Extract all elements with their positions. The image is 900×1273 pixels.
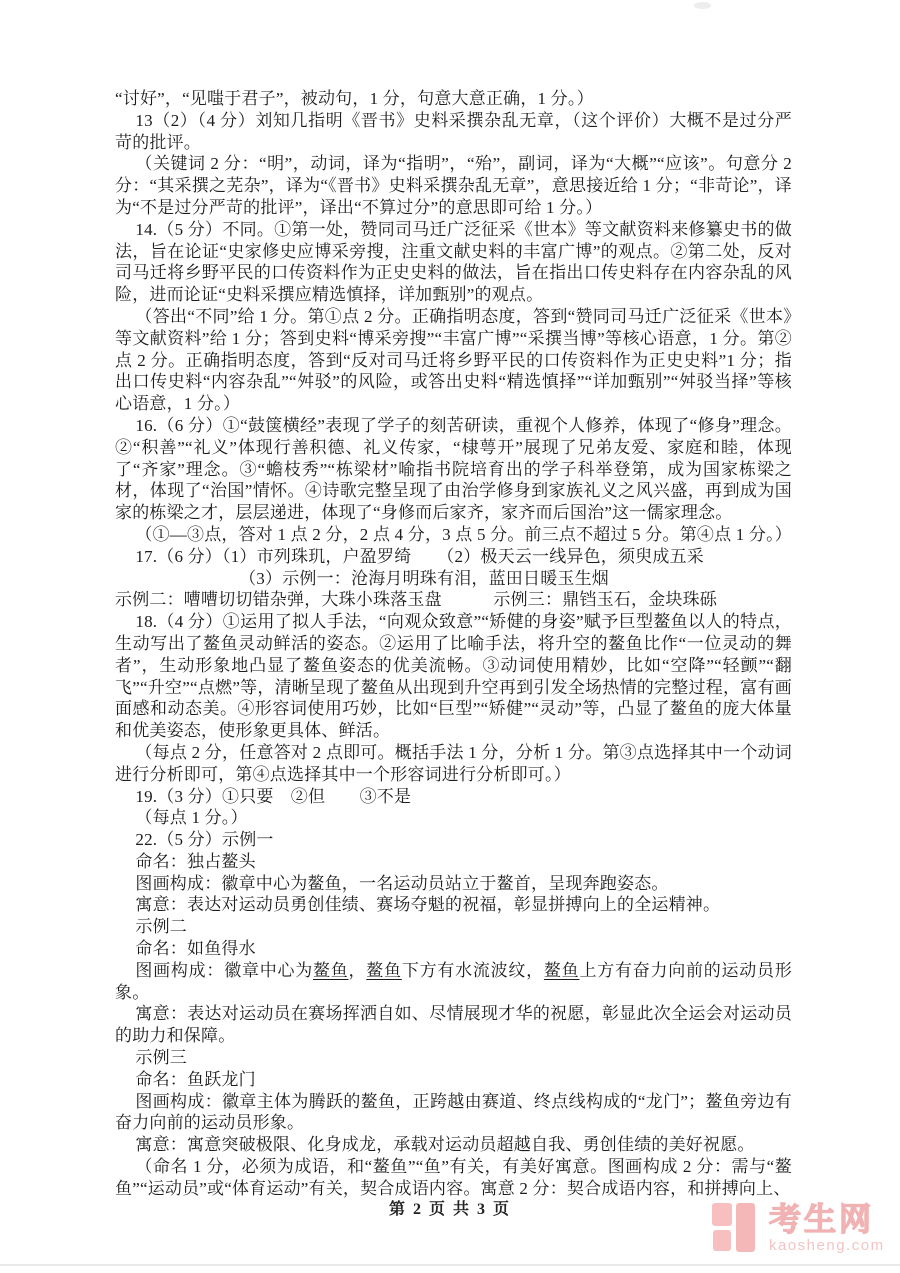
scan-edge-line <box>0 1264 900 1266</box>
paragraph-text: ， <box>349 961 367 980</box>
answer-paragraph: 14.（5 分）不同。①第一处，赞同司马迁广泛征采《世本》等文献资料来修纂史书的… <box>115 219 792 306</box>
document-page: “讨好”，“见嗤于君子”，被动句，1 分，句意大意正确，1 分。）13（2）（4… <box>0 0 900 1273</box>
answer-paragraph: （每点 1 分。） <box>115 807 792 829</box>
paragraph-text: 下方有水流波纹， <box>402 961 544 980</box>
answer-paragraph: 命名：鱼跃龙门 <box>115 1069 792 1091</box>
logo-block-bottom <box>713 1230 731 1251</box>
answer-paragraph: 示例二 <box>115 916 792 938</box>
answer-paragraph: 图画构成：徽章中心为鳌鱼，鳌鱼下方有水流波纹，鳌鱼上方有奋力向前的运动员形象。 <box>115 960 792 1004</box>
answer-key-body: “讨好”，“见嗤于君子”，被动句，1 分，句意大意正确，1 分。）13（2）（4… <box>115 88 792 1200</box>
answer-paragraph: 16.（6 分）①“鼓箧横经”表现了学子的刻苦研读，重视个人修养，体现了“修身”… <box>115 415 792 524</box>
logo-block-bar <box>736 1203 755 1252</box>
underlined-term: 鳌鱼 <box>366 961 402 980</box>
answer-paragraph: 图画构成：徽章主体为腾跃的鳌鱼，正跨越由赛道、终点线构成的“龙门”；鳌鱼旁边有奋… <box>115 1091 792 1135</box>
answer-paragraph: （每点 2 分，任意答对 2 点即可。概括手法 1 分，分析 1 分。第③点选择… <box>115 742 792 786</box>
watermark-text: 考生网 kaosheng.com <box>769 1203 885 1253</box>
answer-paragraph: 示例三 <box>115 1047 792 1069</box>
underlined-term: 鳌鱼 <box>544 961 580 980</box>
watermark-site-name: 考生网 <box>769 1203 885 1235</box>
answer-paragraph: （3）示例一：沧海月明珠有泪，蓝田日暖玉生烟 <box>115 568 792 590</box>
answer-paragraph: 22.（5 分）示例一 <box>115 829 792 851</box>
answer-paragraph: 寓意：表达对运动员勇创佳绩、赛场夺魁的祝福，彰显拼搏向上的全运精神。 <box>115 894 792 916</box>
answer-paragraph: 18.（4 分）①运用了拟人手法，“向观众致意”“矫健的身姿”赋予巨型鳌鱼以人的… <box>115 611 792 742</box>
answer-paragraph: 命名：如鱼得水 <box>115 938 792 960</box>
answer-paragraph: 13（2）（4 分）刘知几指明《晋书》史料采撰杂乱无章，（这个评价）大概不是过分… <box>115 110 792 154</box>
answer-paragraph: （答出“不同”给 1 分。第①点 2 分。正确指明态度，答到“赞同司马迁广泛征采… <box>115 306 792 415</box>
kaosheng-logo-icon <box>712 1203 760 1255</box>
kaosheng-watermark: 考生网 kaosheng.com <box>712 1203 885 1255</box>
answer-paragraph: 寓意：寓意突破极限、化身成龙，承载对运动员超越自我、勇创佳绩的美好祝愿。 <box>115 1134 792 1156</box>
underlined-term: 鳌鱼 <box>313 961 349 980</box>
scan-artifact <box>694 2 711 9</box>
answer-paragraph: 图画构成：徽章中心为鳌鱼，一名运动员站立于鳌首，呈现奔跑姿态。 <box>115 873 792 895</box>
answer-paragraph: 示例二：嘈嘈切切错杂弹，大珠小珠落玉盘 示例三：鼎铛玉石，金块珠砾 <box>115 589 792 611</box>
watermark-site-domain: kaosheng.com <box>769 1238 885 1253</box>
paragraph-text: 图画构成：徽章中心为 <box>135 961 313 980</box>
answer-paragraph: 命名：独占鳌头 <box>115 851 792 873</box>
answer-paragraph: （命名 1 分，必须为成语，和“鳌鱼”“鱼”有关，有美好寓意。图画构成 2 分：… <box>115 1156 792 1200</box>
answer-paragraph: （关键词 2 分：“明”，动词，译为“指明”，“殆”，副词，译为“大概”“应该”… <box>115 153 792 218</box>
logo-block-top <box>712 1203 732 1226</box>
answer-paragraph: 17.（6 分）（1）市列珠玑，户盈罗绮 （2）极天云一线异色，须臾成五采 <box>115 546 792 568</box>
answer-paragraph: 寓意：表达对运动员在赛场挥洒自如、尽情展现才华的祝愿，彰显此次全运会对运动员的助… <box>115 1003 792 1047</box>
answer-paragraph: （①—③点，答对 1 点 2 分，2 点 4 分，3 点 5 分。前三点不超过 … <box>115 524 792 546</box>
answer-paragraph: 19.（3 分）①只要 ②但 ③不是 <box>115 786 792 808</box>
answer-paragraph: “讨好”，“见嗤于君子”，被动句，1 分，句意大意正确，1 分。） <box>115 88 792 110</box>
